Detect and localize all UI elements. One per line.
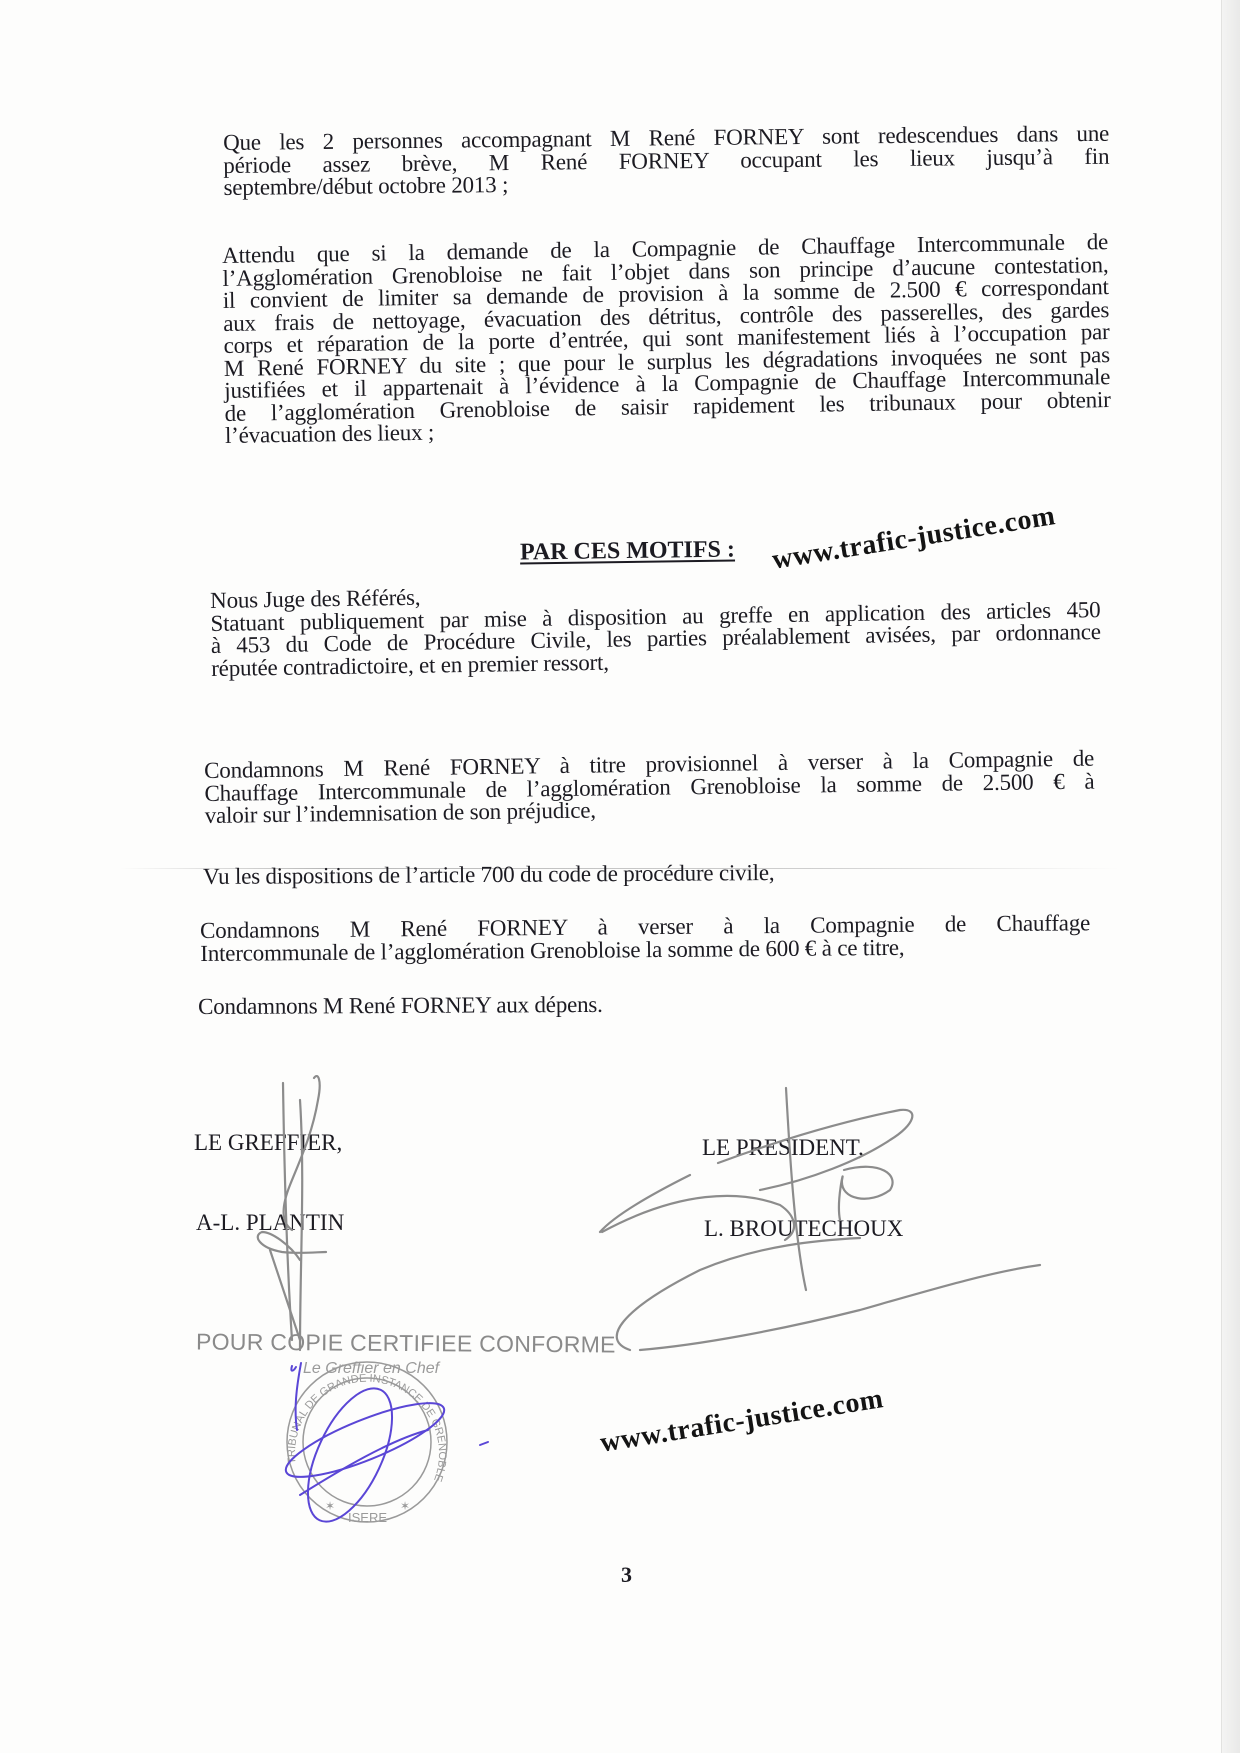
paragraph-depens: Condamnons M René FORNEY aux dépens. <box>198 993 798 1019</box>
paragraph-attendu: Attendu que si la demande de la Compagni… <box>222 231 1111 447</box>
text-line: Vu les dispositions de l’article 700 du … <box>203 860 1093 889</box>
section-heading-par-ces-motifs: PAR CES MOTIFS : <box>520 537 735 567</box>
paragraph-persons-left: Que les 2 personnes accompagnant M René … <box>223 123 1110 200</box>
court-seal-icon: ✶ ✶ <box>287 1362 447 1522</box>
seal-text-top: TRIBUNAL DE GRANDE INSTANCE DE GRENOBLE <box>286 1373 448 1484</box>
paragraph-article-700: Vu les dispositions de l’article 700 du … <box>203 860 1093 889</box>
page-edge <box>1221 0 1240 1753</box>
svg-text:✶: ✶ <box>400 1499 410 1513</box>
svg-text:✶: ✶ <box>325 1499 335 1513</box>
paragraph-condamnation-600: Condamnons M René FORNEY à verser à la C… <box>200 912 1090 965</box>
greffier-title: LE GREFFIER, <box>194 1130 342 1156</box>
text-line: Intercommunale de l’agglomération Grenob… <box>200 935 1090 965</box>
greffier-name: A-L. PLANTIN <box>196 1210 344 1236</box>
text-line: Condamnons M René FORNEY aux dépens. <box>198 993 798 1019</box>
president-name: L. BROUTECHOUX <box>704 1216 903 1242</box>
watermark-bottom: www.trafic-justice.com <box>598 1383 886 1459</box>
certification-stamp-subtext: Le Greffier en Chef <box>303 1360 439 1378</box>
page-number: 3 <box>621 1562 632 1588</box>
president-title: LE PRESIDENT, <box>702 1135 864 1161</box>
blue-pen-initials-icon <box>279 1363 488 1534</box>
paragraph-juge-referes: Nous Juge des Référés, Statuant publique… <box>210 576 1101 680</box>
seal-text-bottom: ISERE <box>348 1510 387 1525</box>
paragraph-condamnation-provision: Condamnons M René FORNEY à titre provisi… <box>204 748 1095 828</box>
certification-stamp-text: POUR COPIE CERTIFIEE CONFORME <box>196 1329 616 1359</box>
watermark-top: www.trafic-justice.com <box>770 500 1058 576</box>
